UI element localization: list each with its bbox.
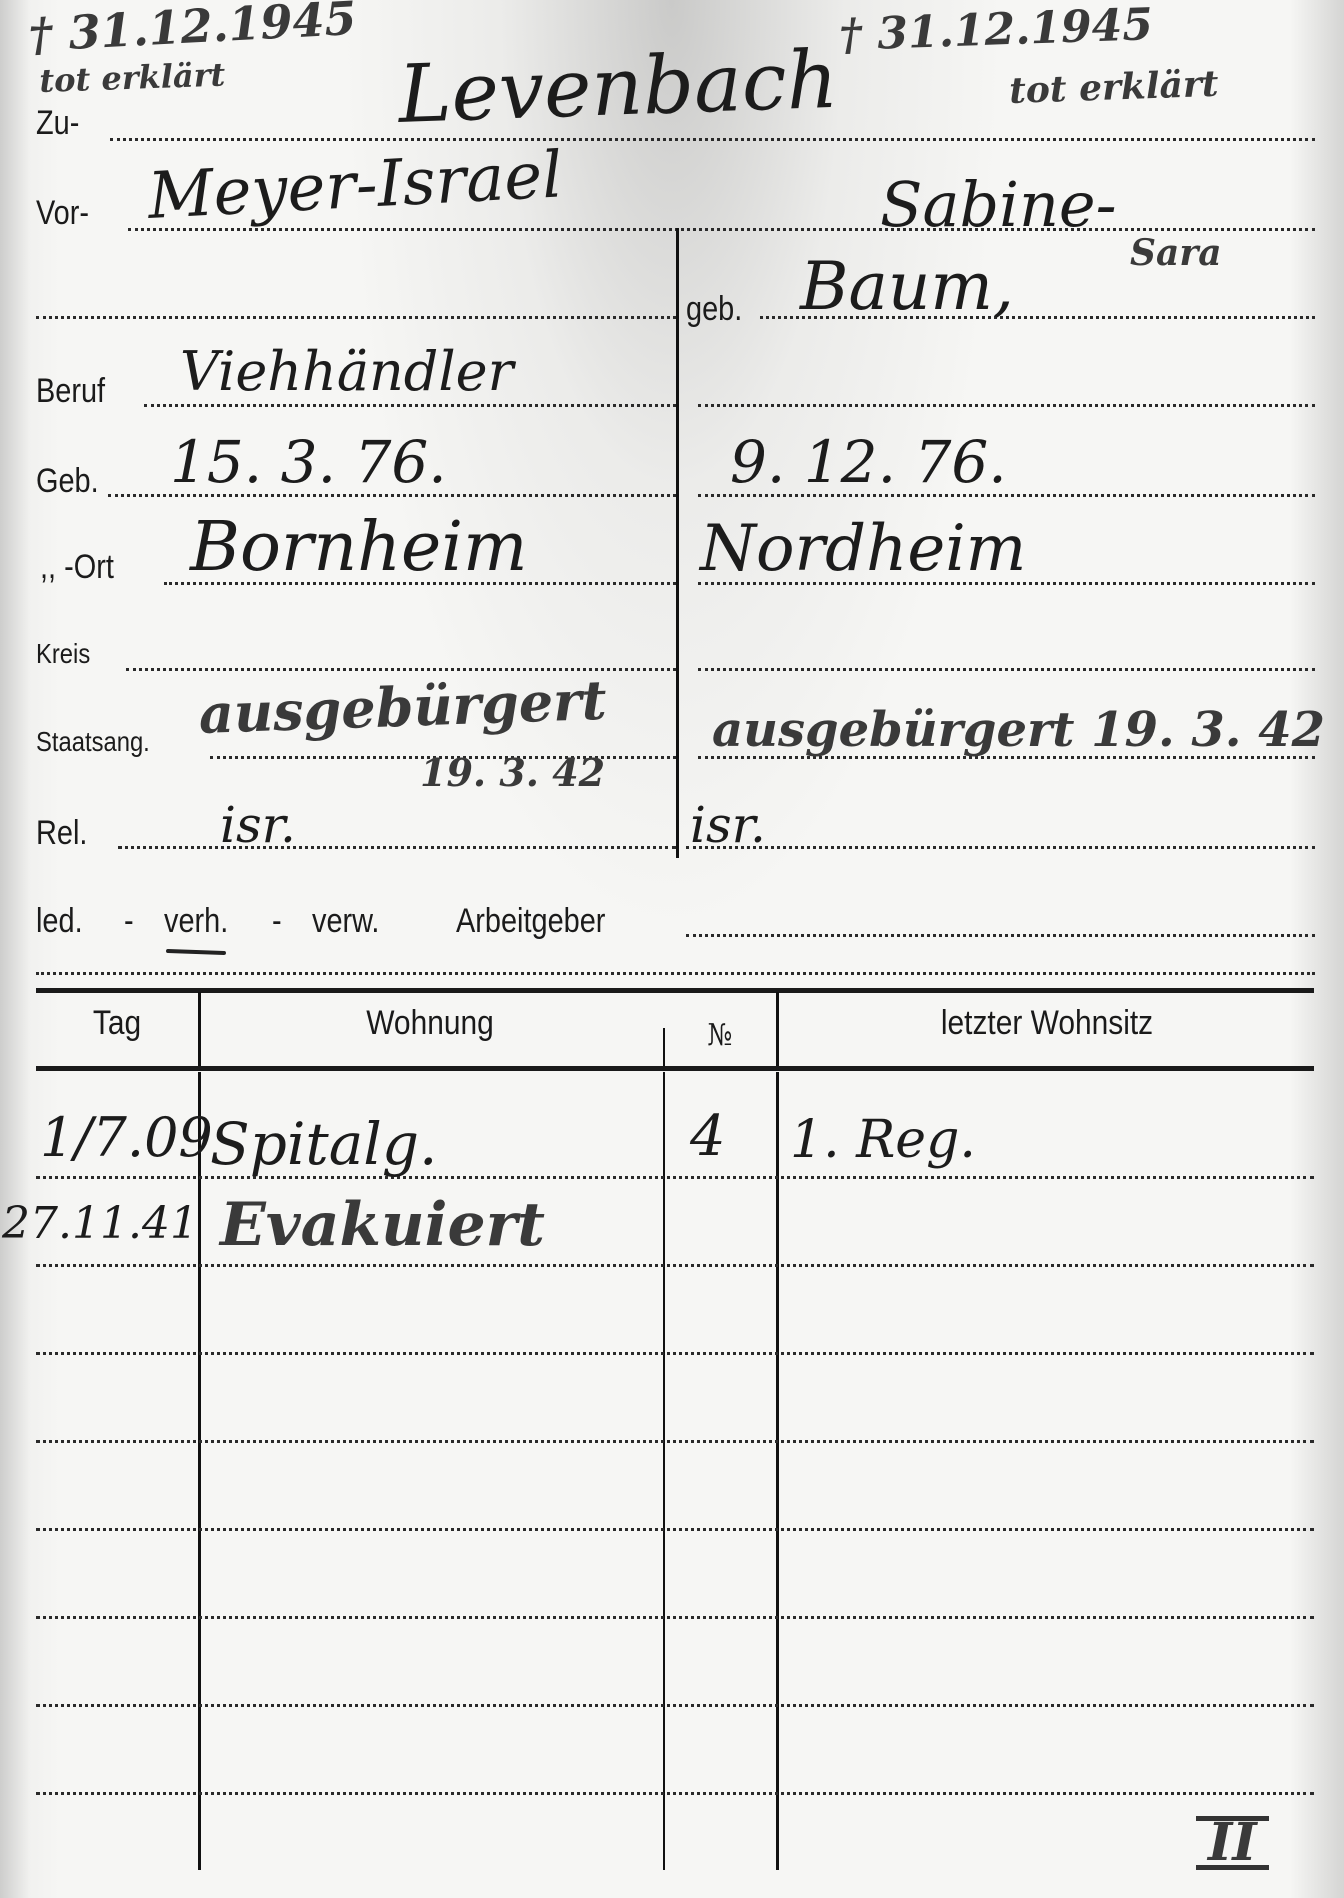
spouse-column-divider [676,228,679,858]
column-header-wohnung: Wohnung [228,1004,633,1043]
maiden-name-value: Baum, [800,248,1014,325]
surname-line [110,138,1315,141]
row1-number: 4 [690,1104,726,1169]
row-line [36,1264,1314,1267]
corner-mark: II [1196,1816,1269,1870]
row2-wohnung: Evakuiert [220,1190,545,1260]
marital-selected-underline [166,949,226,955]
occupation-line-wife [698,404,1315,407]
birth-place-wife: Nordheim [700,512,1026,586]
column-divider-3 [776,1072,779,1870]
religion-husband: isr. [220,796,296,854]
column-divider-2 [663,1072,665,1870]
column-header-last-residence: letzter Wohnsitz [812,1004,1282,1043]
employer-line [686,934,1315,937]
row-line [36,1352,1314,1355]
first-name-husband: Meyer-Israel [146,138,564,234]
citizenship-label: Staatsang. [36,726,150,758]
marital-sep-2: - [272,902,282,941]
occupation-label: Beruf [36,372,105,411]
birth-date-label: Geb. [36,462,99,501]
employer-line-2 [36,972,1315,975]
birth-place-husband: Bornheim [190,508,527,587]
occupation-value: Viehhändler [180,340,513,403]
row-line [36,1616,1314,1619]
row-line [36,1792,1314,1795]
row-line [36,1440,1314,1443]
row1-last-residence: 1. Reg. [790,1110,976,1170]
citizenship-husband: ausgebürgert [198,668,608,746]
column-divider-1 [198,1072,201,1870]
religion-line [118,846,676,849]
header-divider-2 [663,1028,665,1066]
first-name-line [128,228,1315,231]
row-line [36,1528,1314,1531]
declared-dead-right: tot erklärt [1009,63,1220,112]
death-date-left: † 31.12.1945 [27,0,358,62]
district-line-wife [698,668,1315,671]
religion-wife: isr. [690,796,766,854]
marital-sep-1: - [124,902,134,941]
first-name-wife-extra: Sara [1130,232,1222,274]
employer-label: Arbeitgeber [456,902,605,941]
district-label: Kreis [36,638,90,670]
row1-tag: 1/7.09 [40,1106,213,1169]
religion-label: Rel. [36,814,87,853]
marital-married-selected: verh. [164,902,228,941]
occupation-line [144,404,676,407]
surname-label: Zu- [36,104,79,143]
declared-dead-left: tot erklärt [39,56,226,100]
row2-tag: 27.11.41 [2,1198,198,1249]
birth-date-husband: 15. 3. 76. [170,428,447,496]
table-header-rule [36,1066,1314,1071]
citizenship-husband-date: 19. 3. 42 [420,750,605,795]
marital-widowed: verw. [312,902,379,941]
header-divider-1 [198,992,201,1066]
first-name-label: Vor- [36,194,89,233]
birth-place-label: ,, -Ort [40,548,114,587]
citizenship-wife: ausgebürgert 19. 3. 42 [712,702,1325,758]
marital-single: led. [36,902,83,941]
registration-card: † 31.12.1945 tot erklärt † 31.12.1945 to… [0,0,1344,1898]
row3-left-line [36,316,676,319]
death-date-right: † 31.12.1945 [838,0,1153,61]
row1-wohnung: Spitalg. [210,1110,437,1178]
religion-line-wife [686,846,1315,849]
header-divider-3 [776,992,779,1066]
table-top-rule [36,988,1314,993]
column-header-tag: Tag [46,1004,189,1043]
maiden-name-label: geb. [686,290,742,329]
first-name-wife: Sabine- [880,168,1117,241]
birth-date-wife: 9. 12. 76. [730,428,1007,496]
row-line [36,1704,1314,1707]
column-header-number: № [672,1018,769,1053]
surname-value: Levenbach [397,33,840,141]
